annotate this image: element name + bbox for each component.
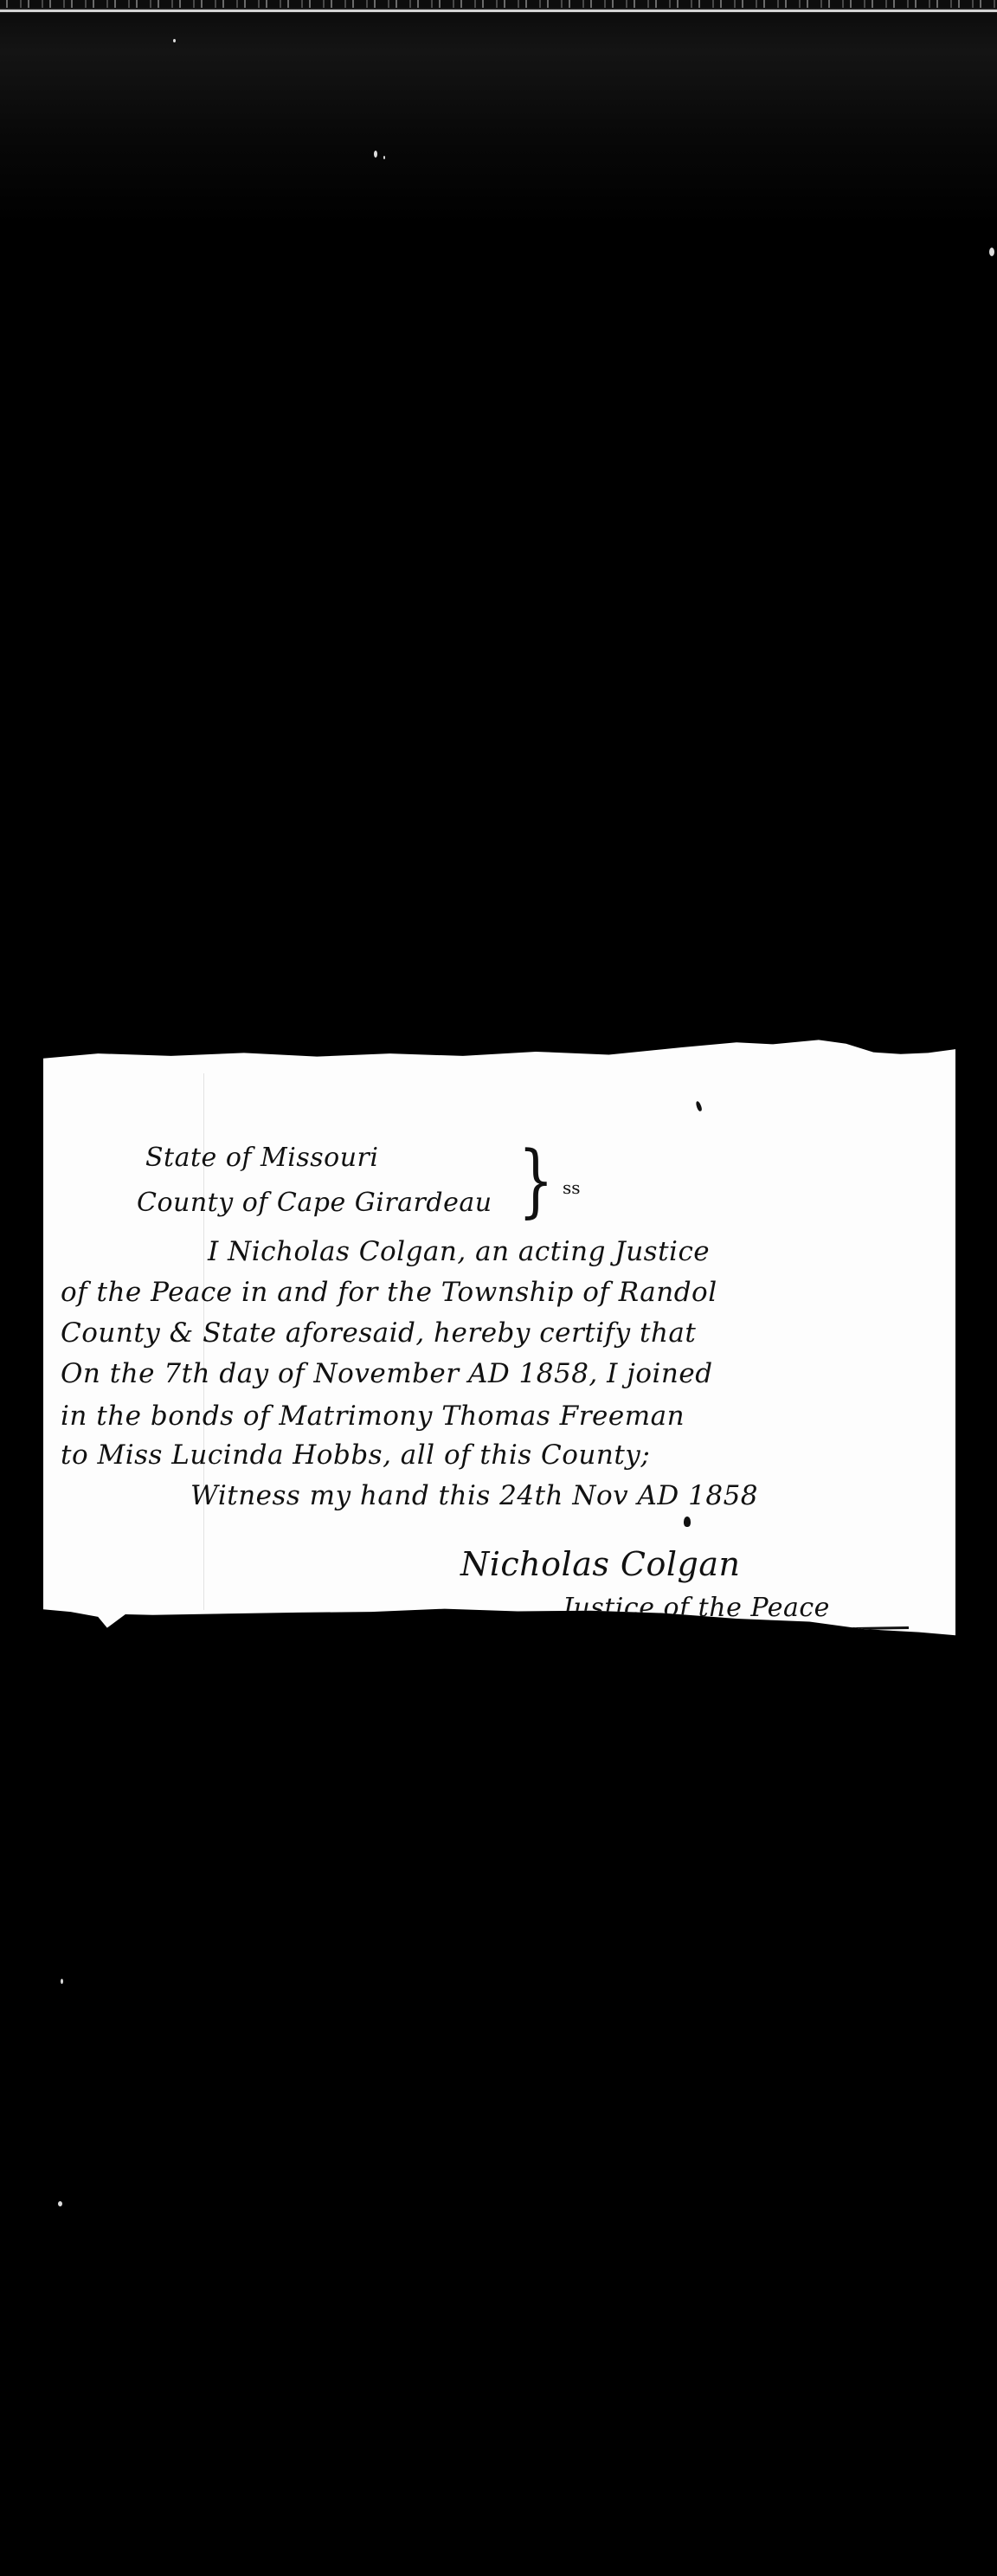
film-speck <box>989 248 994 256</box>
body-line-witness: Witness my hand this 24th Nov AD 1858 <box>190 1480 758 1511</box>
signature-name: Nicholas Colgan <box>460 1545 741 1583</box>
ink-blot <box>695 1101 703 1112</box>
microfilm-edge-noise <box>0 0 997 8</box>
ink-blot <box>684 1517 691 1527</box>
film-speck <box>383 156 385 159</box>
heading-state: State of Missouri <box>145 1143 378 1173</box>
signature-flourish <box>805 1626 909 1631</box>
heading-county: County of Cape Girardeau <box>137 1188 492 1218</box>
film-speck <box>173 39 176 42</box>
body-line-6: to Miss Lucinda Hobbs, all of this Count… <box>61 1439 650 1471</box>
film-speck <box>61 1979 63 1984</box>
body-line-5: in the bonds of Matrimony Thomas Freeman <box>61 1401 685 1432</box>
heading-ss-mark: ss <box>563 1177 581 1198</box>
body-line-1: I Nicholas Colgan, an acting Justice <box>208 1236 710 1267</box>
heading-brace: } <box>518 1141 554 1220</box>
signature-title: Justice of the Peace <box>563 1593 830 1623</box>
document-paper: State of Missouri County of Cape Girarde… <box>43 1039 955 1655</box>
film-speck <box>58 2201 62 2206</box>
microfilm-top-band <box>0 0 997 225</box>
film-speck <box>374 151 377 158</box>
microfilm-edge-line <box>0 10 997 12</box>
body-line-2: of the Peace in and for the Township of … <box>61 1277 717 1308</box>
body-line-3: County & State aforesaid, hereby certify… <box>61 1317 696 1349</box>
body-line-4: On the 7th day of November AD 1858, I jo… <box>61 1358 713 1389</box>
